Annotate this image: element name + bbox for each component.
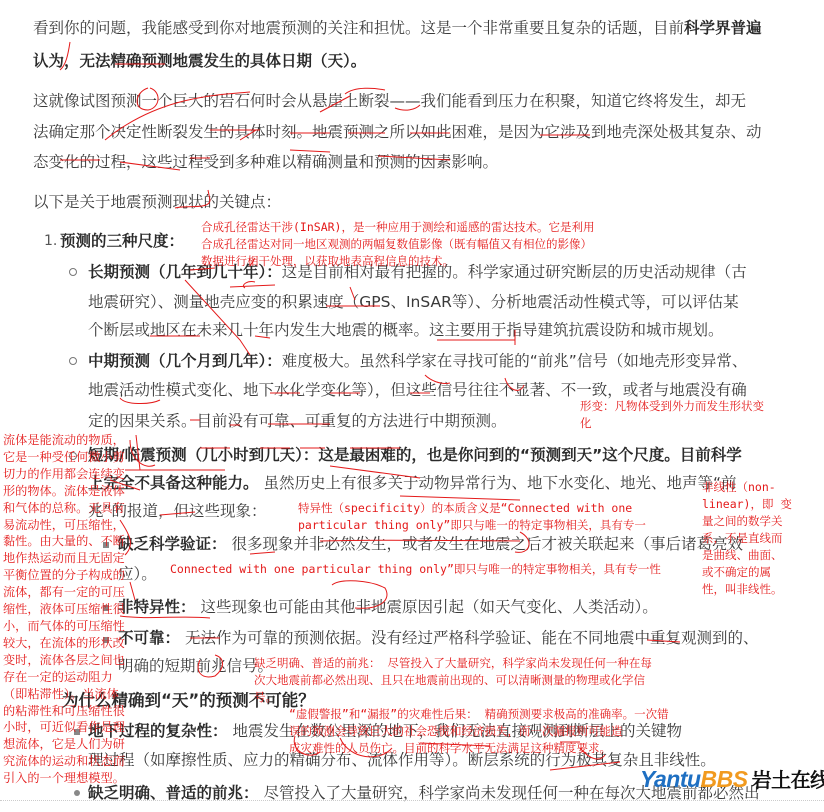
annotation-line: 次大地震前都必然出现、且只在地震前出现的、可以清晰测量的物理或化学信 — [254, 672, 652, 689]
sub-item-label: 缺乏科学验证： — [118, 535, 227, 553]
bullet-circle-icon — [74, 790, 80, 796]
annotation-line: 切力的作用都会连续变 — [3, 466, 125, 483]
annotation-line: 系，不是直线而 — [702, 530, 792, 547]
annotation-line: 缩性，液体可压缩性很 — [3, 601, 125, 618]
annotation-specificity: 特异性（specificity）的本质含义是“Connected with on… — [298, 500, 646, 534]
keypoints-intro: 以下是关于地震预测现状的关键点： — [33, 186, 281, 219]
annotation-line: 特异性（specificity）的本质含义是“Connected with on… — [298, 500, 646, 517]
annotation-line: 易流动性，可压缩性， — [3, 517, 125, 534]
annotation-line: particular thing only”即只与唯一的特定事物相关，具有专一 — [298, 517, 646, 534]
annotation-line: 它是一种受任何微小剪 — [3, 449, 125, 466]
watermark-bbs: BBS — [701, 766, 748, 792]
intro-bold-text: 科学界普遍 — [684, 19, 762, 37]
annotation-line: 引入的一个理想模型。 — [3, 770, 125, 787]
intro-text: 看到你的问题，我能感受到你对地震预测的关注和担忧。这是一个非常重要且复杂的话题，… — [33, 19, 684, 37]
annotation-line: “虚假警报”和“漏报”的灾难性后果： 精确预测要求极高的准确率。一次错 — [289, 706, 669, 723]
annotation-nonlinear: 非线性（non- linear)，即 变 量之间的数学关 系，不是直线而 是曲线… — [702, 479, 792, 598]
annotation-line: 和气体的总称。无具有 — [3, 500, 125, 517]
annotation-deformation: 形变：凡物体受到外力而发生形状变 化 — [580, 398, 764, 432]
sub-item-label: 不可靠： — [118, 629, 180, 647]
annotation-line: 流体是能流动的物质， — [3, 432, 125, 449]
annotation-line: 是曲线、曲面、 — [702, 547, 792, 564]
bullet-circle-icon — [69, 357, 77, 365]
annotation-line: 或不确定的属 — [702, 564, 792, 581]
annotation-insar: 合成孔径雷达干涉(InSAR)，是一种应用于测绘和遥感的雷达技术。它是利用 合成… — [201, 219, 594, 270]
annotation-line: 地作热运动而且无固定 — [3, 550, 125, 567]
document-view: 看到你的问题，我能感受到你对地震预测的关注和担忧。这是一个非常重要且复杂的话题，… — [0, 0, 824, 812]
annotation-line: 的粘滞性和可压缩性很 — [3, 703, 125, 720]
sub-item-label: 非特异性： — [118, 598, 196, 616]
annotation-line: 形变：凡物体受到外力而发生形状变 — [580, 398, 764, 415]
watermark-chinese: 岩土在线 — [752, 770, 824, 792]
divider — [0, 800, 824, 803]
watermark-logo: YantuBBS岩土在线 — [640, 764, 824, 793]
short-term-bold-text: 这是最困难的，也是你问到的“预测到天”这个尺度。目前科学 — [318, 446, 741, 464]
annotation-line: 流体，都有一定的可压 — [3, 584, 125, 601]
sub-item-reliability-cont: 明确的短期前兆信号。 — [118, 650, 273, 683]
list-number-1: 1. — [44, 233, 57, 249]
analogy-line-2: 法确定那个决定性断裂发生的具体时刻。地震预测之所以如此困难，是因为它涉及到地壳深… — [33, 116, 762, 149]
sub-item-text: 无法作为可靠的预测依据。没有经过严格科学验证、能在不同地震中重复观测到的、 — [185, 629, 759, 647]
annotation-line: 号。 — [254, 689, 652, 706]
annotation-line: 合成孔径雷达对同一地区观测的两幅复数值影像（既有幅值又有相位的影像） — [201, 236, 594, 253]
annotation-line: 究流体的运动和状态而 — [3, 753, 125, 770]
mid-term-text: 难度极大。虽然科学家在寻找可能的“前兆”信号（如地壳形变异常、 — [282, 352, 748, 370]
annotation-line: 想流体，它是人们为研 — [3, 736, 125, 753]
annotation-line: 化 — [580, 415, 764, 432]
annotation-line: 量之间的数学关 — [702, 513, 792, 530]
mid-term-label: 中期预测（几个月到几年）： — [88, 352, 282, 370]
annotation-line: 误的预测会导致巨大的社会恐慌和经济损失，而一次漏报则可能造 — [289, 723, 669, 740]
annotation-line: 存在一定的运动阻力 — [3, 669, 125, 686]
bullet-circle-icon — [69, 268, 77, 276]
annotation-fluid: 流体是能流动的物质， 它是一种受任何微小剪 切力的作用都会连续变 形的物体。流体… — [3, 432, 125, 787]
annotation-line: 合成孔径雷达干涉(InSAR)，是一种应用于测绘和遥感的雷达技术。它是利用 — [201, 219, 594, 236]
sub-item-specificity: 非特异性： 这些现象也可能由其他非地震原因引起（如天气变化、人类活动）。 — [118, 591, 658, 624]
annotation-line: （即粘滞性）。当流体 — [3, 686, 125, 703]
annotation-line: 形的物体。流体是液体 — [3, 483, 125, 500]
annotation-false-alarm: “虚假警报”和“漏报”的灾难性后果： 精确预测要求极高的准确率。一次错 误的预测… — [289, 706, 669, 757]
annotation-line: linear)，即 变 — [702, 496, 792, 513]
mid-term-line-3: 定的因果关系。目前没有可靠、可重复的方法进行中期预测。 — [88, 405, 507, 438]
long-term-line-3: 个断层或地区在未来几十年内发生大地震的概率。这主要用于指导建筑抗震设防和城市规划… — [88, 314, 724, 347]
annotation-specificity-repeat: Connected with one particular thing only… — [170, 561, 661, 578]
annotation-line: 平衡位置的分子构成的 — [3, 567, 125, 584]
annotation-line: 性，叫非线性。 — [702, 581, 792, 598]
annotation-precursor: 缺乏明确、普适的前兆： 尽管投入了大量研究，科学家尚未发现任何一种在每 次大地震… — [254, 655, 652, 706]
sub-item-text: 很多现象并非必然发生，或者发生在地震之后才被关联起来（事后诸葛亮效 — [231, 535, 743, 553]
annotation-line: 非线性（non- — [702, 479, 792, 496]
annotation-line: 数据进行相干处理，以获取地表高程信息的技术。 — [201, 253, 594, 270]
annotation-line: 变时，流体各层之间也 — [3, 652, 125, 669]
sub-item-text: 这些现象也可能由其他非地震原因引起（如天气变化、人类活动）。 — [200, 598, 657, 616]
analogy-line-3: 态变化的过程，这些过程受到多种难以精确测量和预测的因素影响。 — [33, 146, 498, 179]
annotation-line: 黏性。由大量的、不断 — [3, 533, 125, 550]
annotation-line: 成灾难性的人员伤亡。目前的科学水平无法满足这种精度要求。 — [289, 740, 669, 757]
intro-line-2: 认为，无法精确预测地震发生的具体日期（天）。 — [33, 45, 366, 78]
intro-line-1: 看到你的问题，我能感受到你对地震预测的关注和担忧。这是一个非常重要且复杂的话题，… — [33, 12, 762, 45]
analogy-line-1: 这就像试图预测一个巨大的岩石何时会从悬崖上断裂——我们能看到压力在积聚，知道它终… — [33, 85, 746, 118]
annotation-line: 小时，可近似看作是理 — [3, 719, 125, 736]
annotation-line: 缺乏明确、普适的前兆： 尽管投入了大量研究，科学家尚未发现任何一种在每 — [254, 655, 652, 672]
annotation-line: 较大，在流体的形状改 — [3, 635, 125, 652]
watermark-yantu: Yantu — [640, 766, 701, 792]
section-1-title: 预测的三种尺度： — [60, 225, 184, 258]
annotation-line: 小，而气体的可压缩性 — [3, 618, 125, 635]
short-term-text: 虽然历史上有很多关于动物异常行为、地下水变化、地光、地声等“前 — [263, 474, 736, 492]
